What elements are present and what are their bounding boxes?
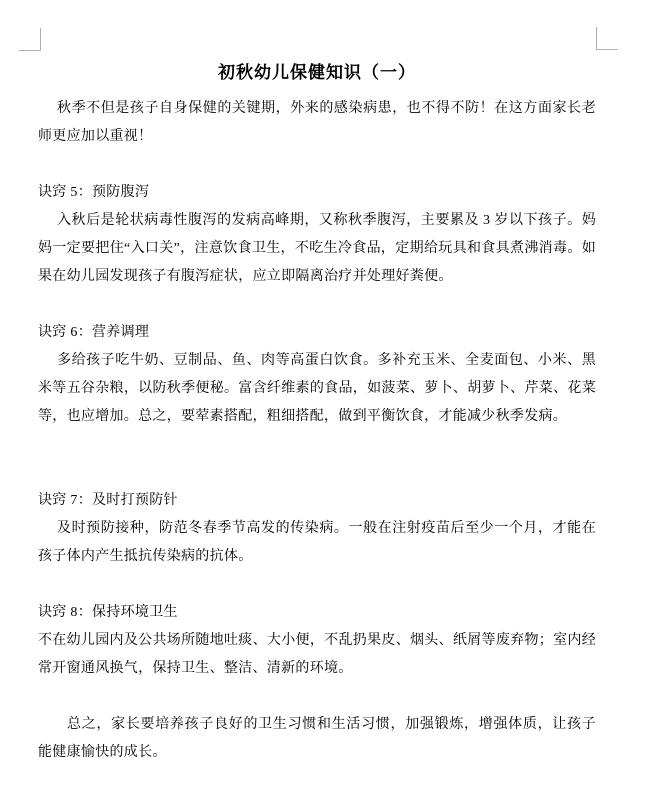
conclusion-paragraph: 总之，家长要培养孩子良好的卫生习惯和生活习惯，加强锻炼，增强体质，让孩子能健康愉… (38, 711, 596, 767)
section-body: 不在幼儿园内及公共场所随地吐痰、大小便，不乱扔果皮、烟头、纸屑等废弃物；室内经常… (38, 627, 596, 683)
text-boundary-mark-top-left (19, 28, 41, 51)
section-body: 入秋后是轮状病毒性腹泻的发病高峰期，又称秋季腹泻，主要累及 3 岁以下孩子。妈妈… (38, 207, 596, 291)
section-heading: 诀窍 7：及时打预防针 (38, 487, 596, 515)
section-tip-7: 诀窍 7：及时打预防针 及时预防接种，防范冬春季节高发的传染病。一般在注射疫苗后… (38, 487, 596, 571)
section-tip-6: 诀窍 6：营养调理 多给孩子吃牛奶、豆制品、鱼、肉等高蛋白饮食。多补充玉米、全麦… (38, 319, 596, 431)
document-content: 初秋幼儿保健知识（一） 秋季不但是孩子自身保健的关键期，外来的感染病患，也不得不… (38, 50, 596, 767)
section-tip-8: 诀窍 8：保持环境卫生 不在幼儿园内及公共场所随地吐痰、大小便，不乱扔果皮、烟头… (38, 599, 596, 683)
section-heading: 诀窍 8：保持环境卫生 (38, 599, 596, 627)
document-page[interactable]: 初秋幼儿保健知识（一） 秋季不但是孩子自身保健的关键期，外来的感染病患，也不得不… (0, 0, 655, 787)
text-boundary-mark-top-right (596, 27, 618, 50)
page-title: 初秋幼儿保健知识（一） (38, 50, 596, 95)
section-body: 及时预防接种，防范冬春季节高发的传染病。一般在注射疫苗后至少一个月，才能在孩子体… (38, 515, 596, 571)
section-tip-5: 诀窍 5：预防腹泻 入秋后是轮状病毒性腹泻的发病高峰期，又称秋季腹泻，主要累及 … (38, 179, 596, 291)
section-body: 多给孩子吃牛奶、豆制品、鱼、肉等高蛋白饮食。多补充玉米、全麦面包、小米、黑米等五… (38, 347, 596, 431)
intro-paragraph: 秋季不但是孩子自身保健的关键期，外来的感染病患，也不得不防！在这方面家长老师更应… (38, 95, 596, 151)
section-heading: 诀窍 5：预防腹泻 (38, 179, 596, 207)
section-heading: 诀窍 6：营养调理 (38, 319, 596, 347)
